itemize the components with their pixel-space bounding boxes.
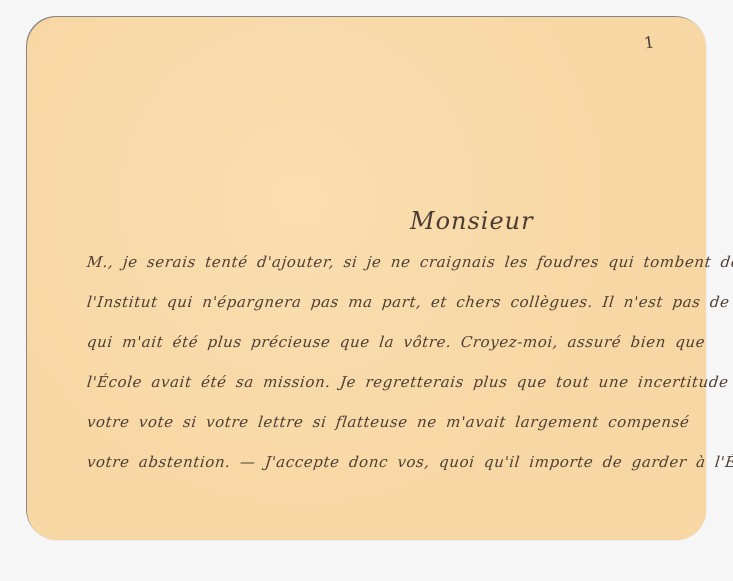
letter-card: 1 Monsieur M., je serais tenté d'ajouter…: [27, 17, 706, 540]
letter-line-2: l'Institut qui n'épargnera pas ma part, …: [85, 282, 689, 322]
letter-line-1: M., je serais tenté d'ajouter, si je ne …: [85, 242, 689, 282]
letter-line-5: votre vote si votre lettre si flatteuse …: [85, 402, 689, 442]
letter-line-6: votre abstention. — J'accepte donc vos, …: [85, 442, 689, 482]
letter-line-3: qui m'ait été plus précieuse que la vôtr…: [85, 322, 689, 362]
page-number: 1: [643, 32, 656, 52]
letter-line-4: l'École avait été sa mission. Je regrett…: [85, 362, 689, 402]
salutation: Monsieur: [410, 207, 534, 235]
scanned-page: 1 Monsieur M., je serais tenté d'ajouter…: [0, 0, 733, 581]
letter-body: M., je serais tenté d'ajouter, si je ne …: [87, 242, 687, 482]
